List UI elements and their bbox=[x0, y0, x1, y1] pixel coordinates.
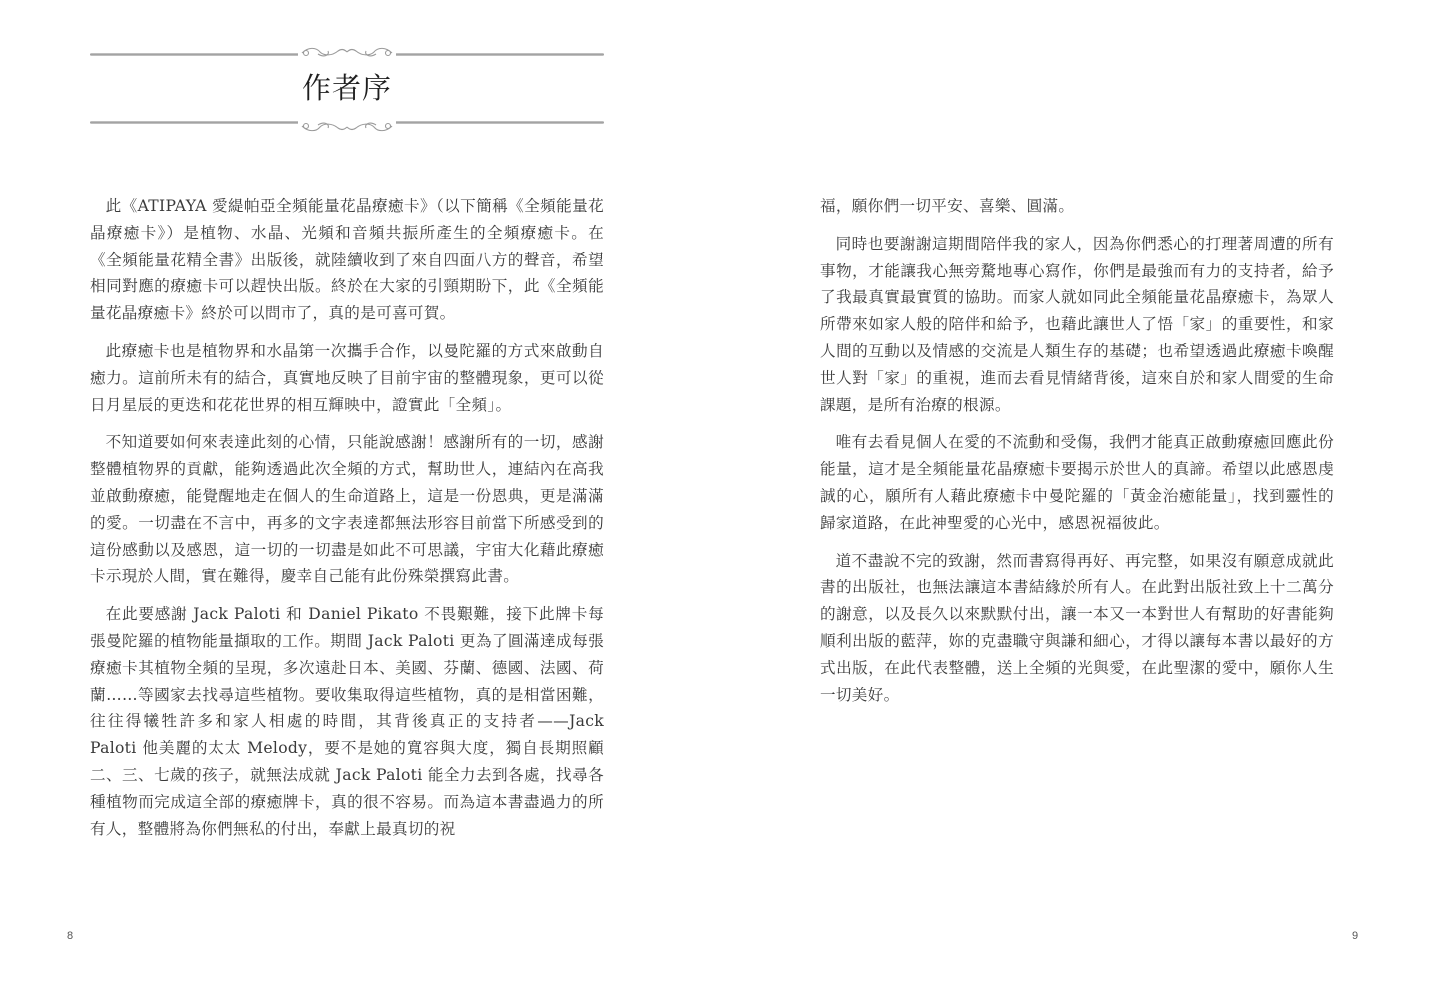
flourish-divider-icon bbox=[298, 45, 396, 59]
chapter-header: 作者序 bbox=[90, 42, 604, 137]
paragraph: 唯有去看見個人在愛的不流動和受傷，我們才能真正啟動療癒回應此份能量，這才是全頻能… bbox=[820, 429, 1334, 536]
page-number: 9 bbox=[1352, 930, 1358, 942]
paragraph: 在此要感謝 Jack Paloti 和 Daniel Pikato 不畏艱難，接… bbox=[90, 601, 604, 842]
chapter-title: 作者序 bbox=[90, 68, 604, 108]
left-body-text: 此《ATIPAYA 愛緹帕亞全頻能量花晶療癒卡》（以下簡稱《全頻能量花晶療癒卡》… bbox=[90, 193, 604, 853]
paragraph: 道不盡說不完的致謝，然而書寫得再好、再完整，如果沒有願意成就此書的出版社，也無法… bbox=[820, 548, 1334, 709]
paragraph: 同時也要謝謝這期間陪伴我的家人，因為你們悉心的打理著周遭的所有事物，才能讓我心無… bbox=[820, 231, 1334, 419]
right-body-text: 福，願你們一切平安、喜樂、圓滿。 同時也要謝謝這期間陪伴我的家人，因為你們悉心的… bbox=[820, 193, 1334, 719]
left-page: 作者序 此《ATIPAYA 愛緹帕亞全頻能量花晶療癒卡》（以下簡稱《全頻能量花晶… bbox=[0, 0, 716, 987]
page-number: 8 bbox=[67, 930, 73, 942]
paragraph: 此《ATIPAYA 愛緹帕亞全頻能量花晶療癒卡》（以下簡稱《全頻能量花晶療癒卡》… bbox=[90, 193, 604, 327]
continued-paragraph: 福，願你們一切平安、喜樂、圓滿。 bbox=[820, 193, 1334, 220]
right-page: 福，願你們一切平安、喜樂、圓滿。 同時也要謝謝這期間陪伴我的家人，因為你們悉心的… bbox=[716, 0, 1433, 987]
flourish-divider-icon bbox=[298, 120, 396, 134]
paragraph: 不知道要如何來表達此刻的心情，只能說感謝！感謝所有的一切，感謝整體植物界的貢獻，… bbox=[90, 429, 604, 590]
paragraph: 此療癒卡也是植物界和水晶第一次攜手合作，以曼陀羅的方式來啟動自癒力。這前所未有的… bbox=[90, 338, 604, 418]
